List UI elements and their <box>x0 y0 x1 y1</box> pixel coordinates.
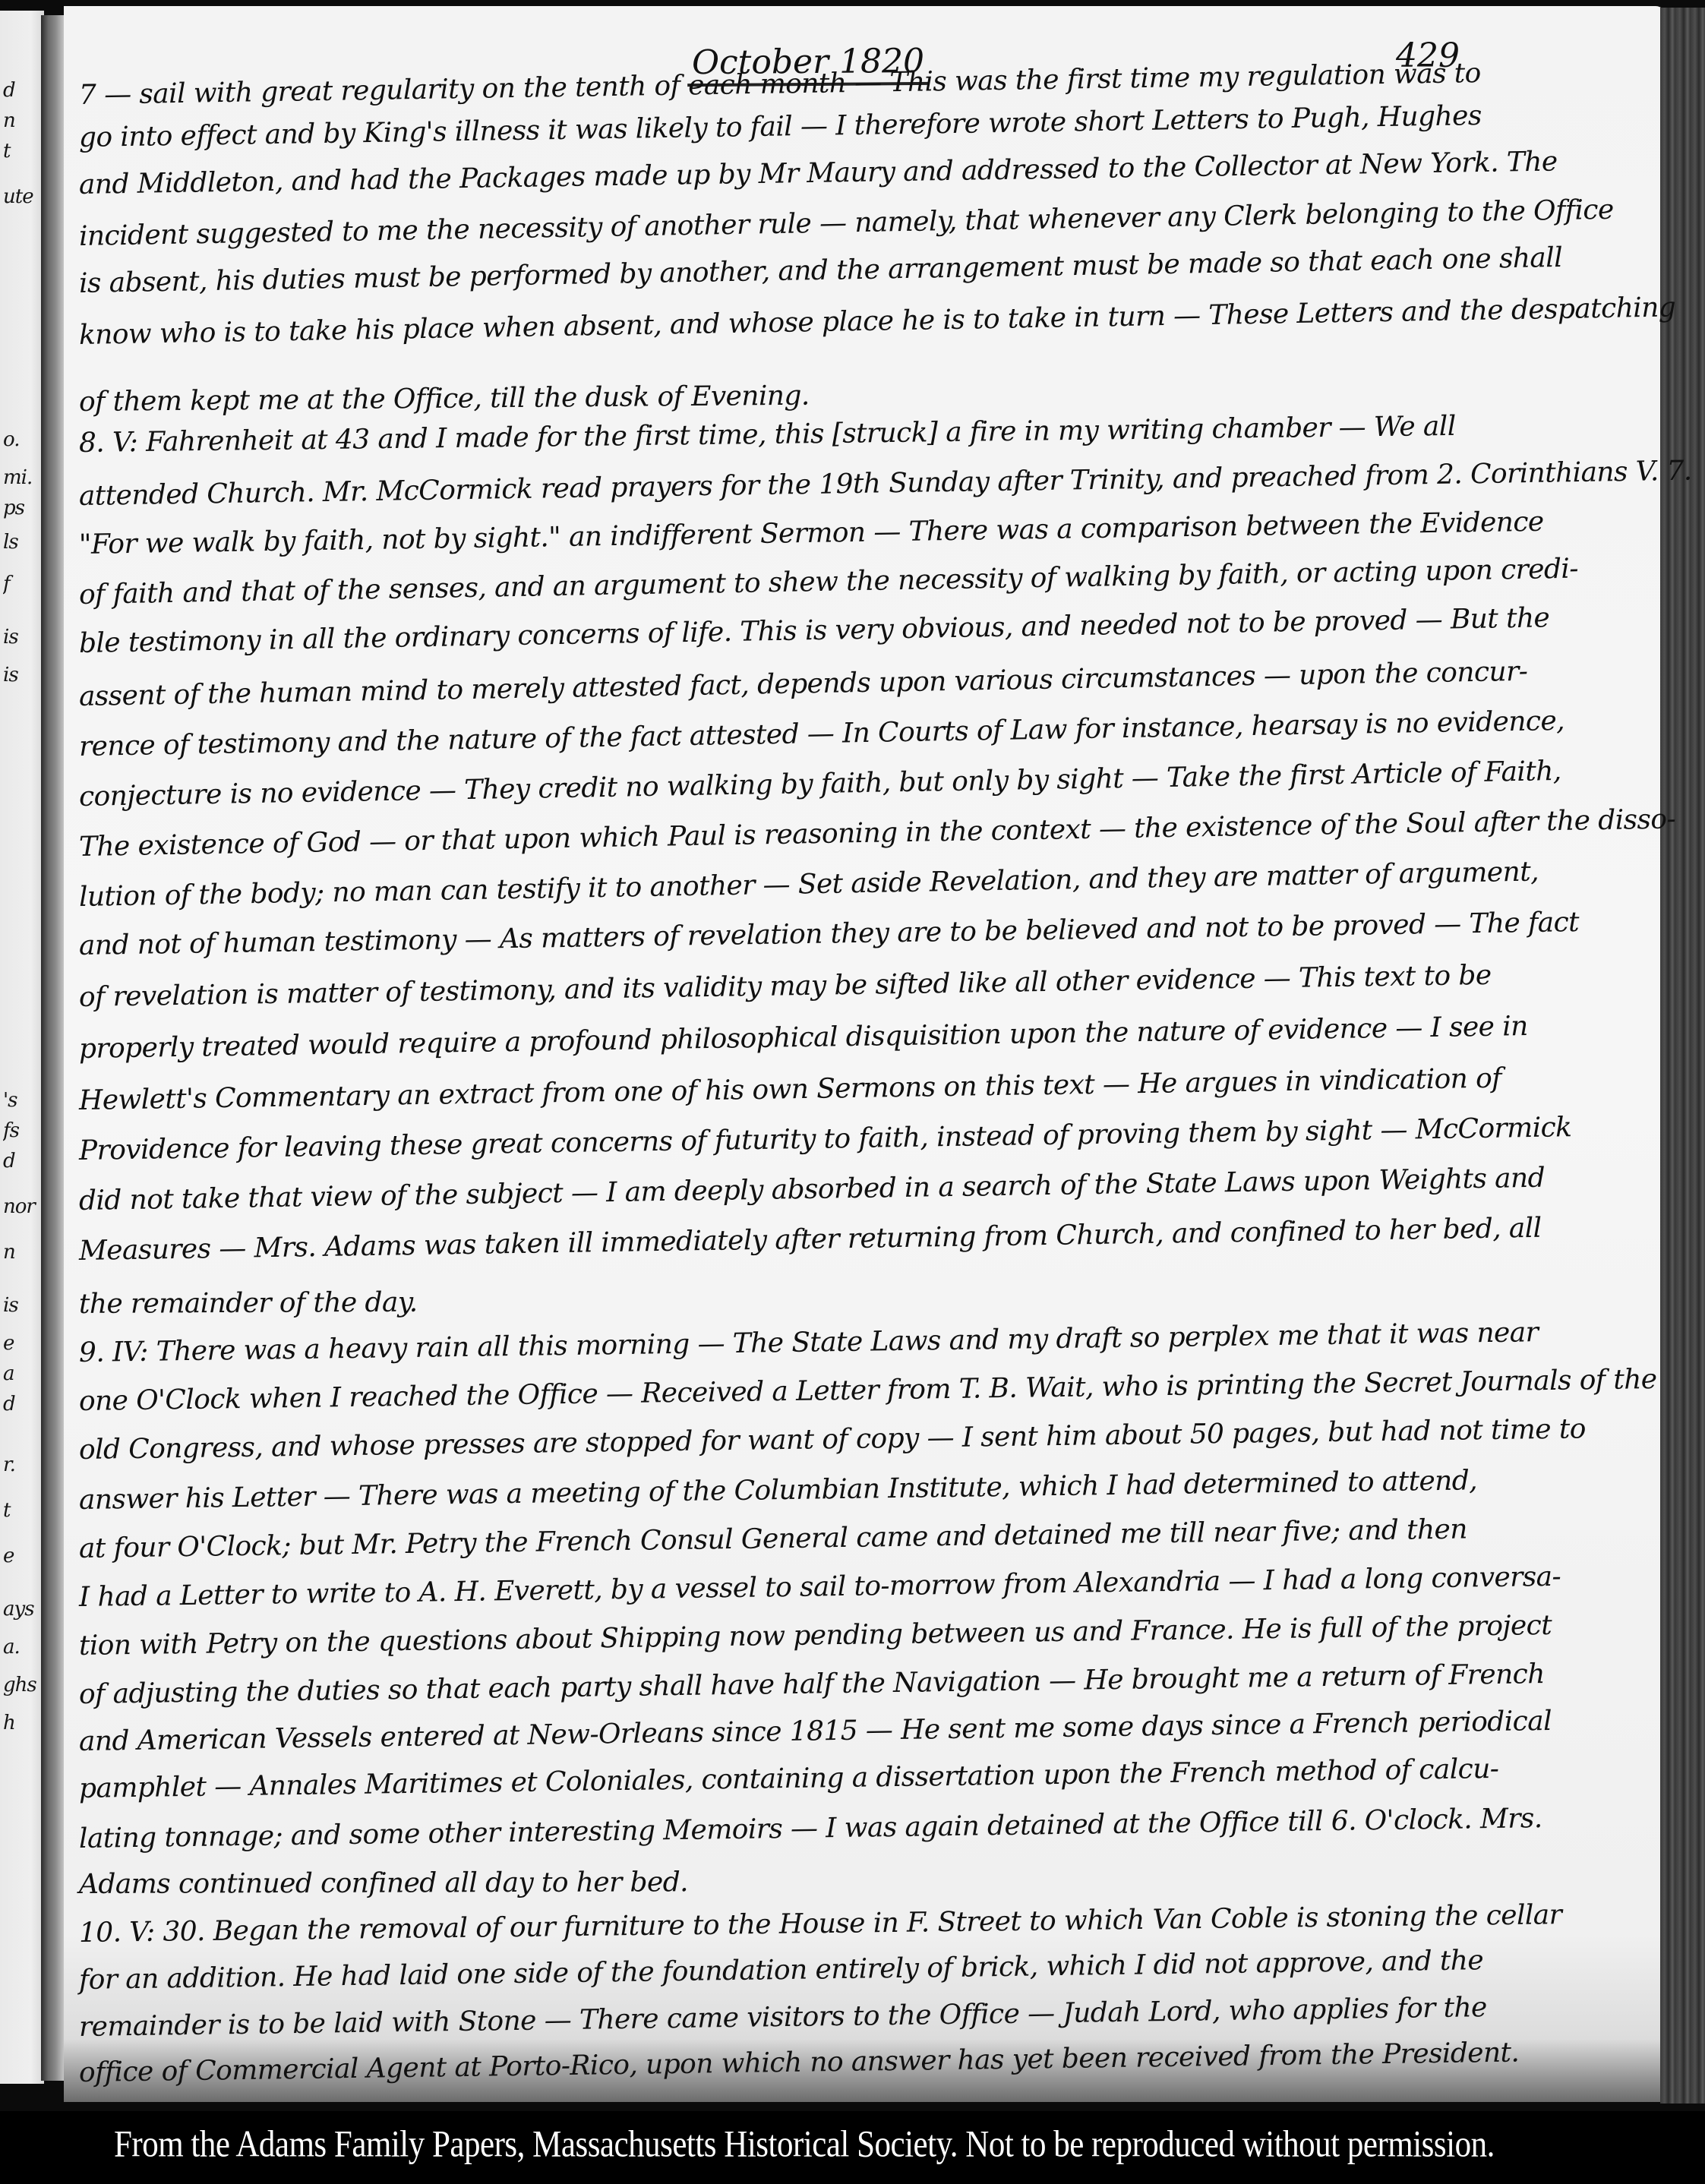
facing-page: dntuteo.mi.pslsfisis'sfsdnorniseadr.teay… <box>0 11 44 2084</box>
copyright-caption: From the Adams Family Papers, Massachuse… <box>114 2123 1495 2166</box>
facing-page-fragment: t <box>3 1499 44 1522</box>
facing-page-fragment: ls <box>3 531 44 554</box>
facing-page-fragment: is <box>3 626 44 649</box>
facing-page-fragment: a. <box>3 1636 44 1659</box>
facing-page-fragment: fs <box>3 1119 44 1142</box>
facing-page-fragment: d <box>3 79 44 102</box>
facing-page-fragment: f <box>3 573 44 595</box>
text-line: Adams continued confined all day to her … <box>79 1863 1659 1902</box>
facing-page-fragment: mi. <box>3 466 44 489</box>
facing-page-fragment: a <box>3 1362 44 1385</box>
facing-page-fragment: r. <box>3 1453 44 1476</box>
facing-page-fragment: is <box>3 1294 44 1317</box>
facing-page-fragment: e <box>3 1545 44 1567</box>
facing-page-fragment: o. <box>3 428 44 451</box>
facing-page-fragment: n <box>3 109 44 132</box>
facing-page-fragment: is <box>3 664 44 686</box>
facing-page-fragment: nor <box>3 1195 44 1218</box>
facing-page-fragment: n <box>3 1241 44 1264</box>
facing-page-fragment: e <box>3 1332 44 1355</box>
facing-page-fragment: ays <box>3 1598 44 1621</box>
binding-gutter <box>41 15 65 2081</box>
facing-page-fragment: d <box>3 1393 44 1415</box>
facing-page-fragment: 's <box>3 1089 44 1112</box>
facing-page-fragment: ute <box>3 185 44 208</box>
facing-page-fragment: t <box>3 140 44 163</box>
facing-page-fragment: h <box>3 1712 44 1734</box>
document-viewer: dntuteo.mi.pslsfisis'sfsdnorniseadr.teay… <box>0 0 1705 2184</box>
facing-page-fragment: ps <box>3 497 44 519</box>
facing-page-fragment: ghs <box>3 1674 44 1696</box>
facing-page-fragment: d <box>3 1150 44 1172</box>
